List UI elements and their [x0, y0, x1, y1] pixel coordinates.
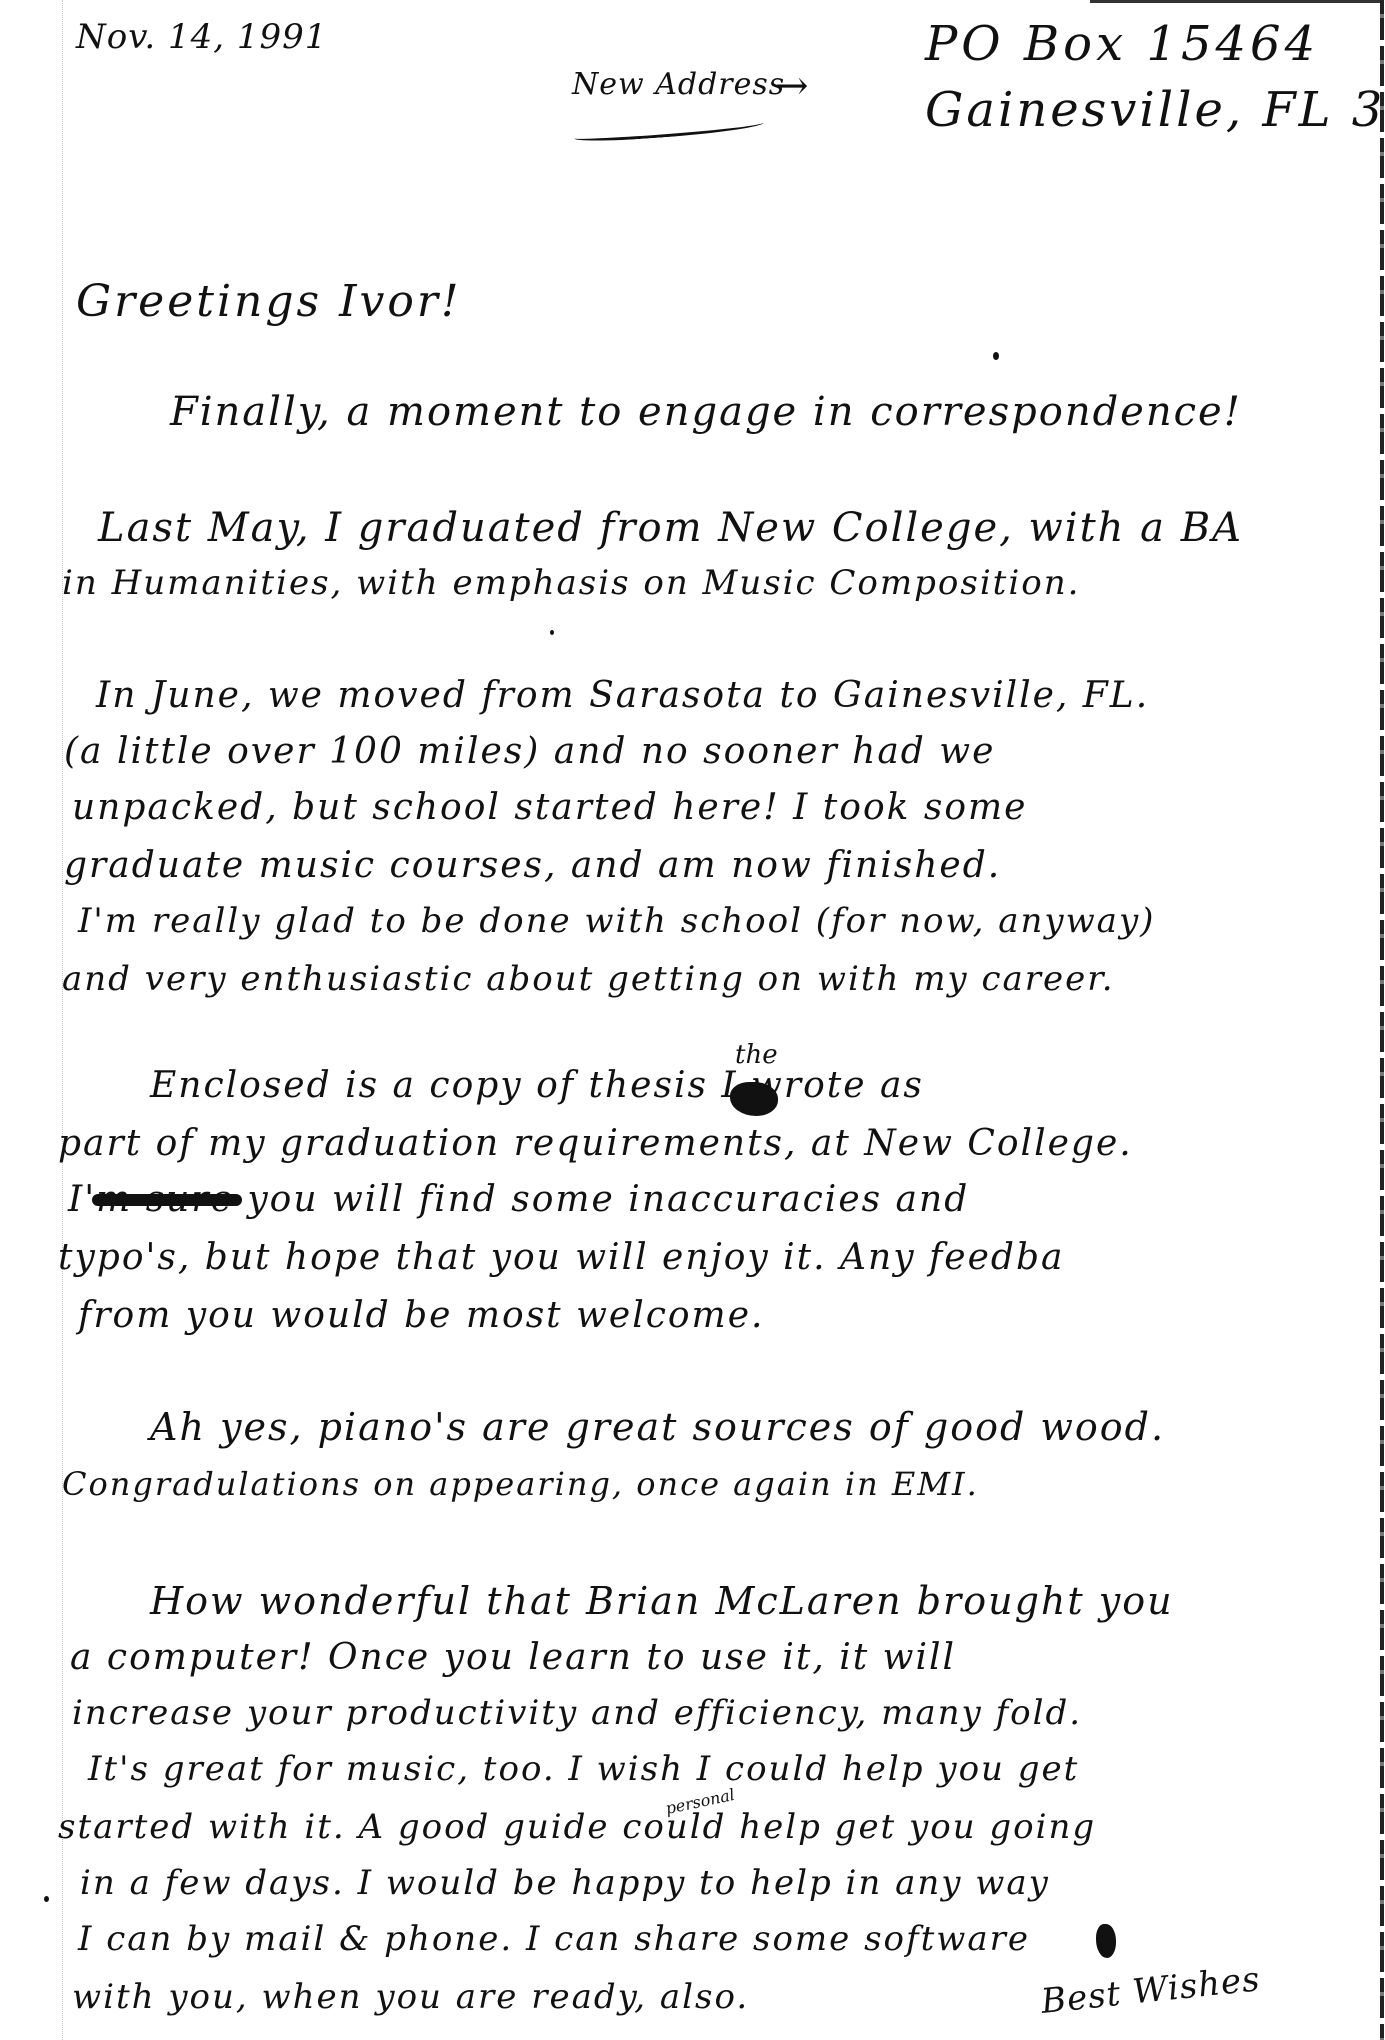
letter-page: Nov. 14, 1991 New Address → PO Box 15464… — [0, 0, 1385, 2040]
body-line: in a few days. I would be happy to help … — [80, 1866, 1050, 1900]
address-line-2: Gainesville, FL 3260 — [925, 86, 1385, 134]
scan-left-edge — [62, 0, 63, 2040]
body-line: graduate music courses, and am now finis… — [64, 848, 1001, 884]
body-line: It's great for music, too. I wish I coul… — [88, 1752, 1079, 1786]
body-line: started with it. A good guide could help… — [58, 1810, 1096, 1844]
body-line: and very enthusiastic about getting on w… — [62, 962, 1115, 996]
letter-date: Nov. 14, 1991 — [76, 20, 327, 54]
body-line: I can by mail & phone. I can share some … — [78, 1922, 1030, 1956]
body-line: (a little over 100 miles) and no sooner … — [64, 734, 995, 770]
body-line: from you would be most welcome. — [78, 1298, 764, 1334]
body-line: Enclosed is a copy of thesis I wrote as — [150, 1068, 924, 1104]
body-line: in Humanities, with emphasis on Music Co… — [62, 566, 1080, 600]
body-line: I'm sure you will find some inaccuracies… — [68, 1182, 969, 1218]
body-line: unpacked, but school started here! I too… — [72, 790, 1027, 826]
body-line: Last May, I graduated from New College, … — [98, 508, 1243, 548]
ink-dot — [44, 1896, 49, 1902]
arrow-right-icon: → — [775, 66, 810, 106]
greeting: Greetings Ivor! — [76, 280, 462, 324]
scan-top-edge — [1090, 0, 1380, 3]
insertion-the: the — [735, 1040, 778, 1070]
body-line: part of my graduation requirements, at N… — [58, 1126, 1133, 1162]
ink-dot — [993, 352, 999, 360]
body-line: How wonderful that Brian McLaren brought… — [150, 1582, 1174, 1620]
body-line: Congradulations on appearing, once again… — [62, 1468, 979, 1500]
crossed-out-word — [1096, 1924, 1116, 1958]
body-line: increase your productivity and efficienc… — [72, 1696, 1082, 1730]
body-line: Ah yes, piano's are great sources of goo… — [150, 1408, 1165, 1446]
body-line: with you, when you are ready, also. — [72, 1980, 749, 2014]
crossed-out-word — [730, 1082, 778, 1116]
address-line-1: PO Box 15464 — [925, 20, 1319, 68]
address-label-underline — [574, 117, 764, 143]
body-line: I'm really glad to be done with school (… — [78, 904, 1155, 938]
body-line: a computer! Once you learn to use it, it… — [70, 1640, 956, 1676]
scan-right-edge — [1380, 0, 1384, 2040]
ink-dot — [550, 630, 554, 635]
closing: Best Wishes — [1039, 1962, 1262, 2019]
body-line: typo's, but hope that you will enjoy it.… — [58, 1240, 1064, 1276]
body-line: Finally, a moment to engage in correspon… — [170, 392, 1242, 432]
new-address-label: New Address — [572, 70, 785, 100]
body-line: In June, we moved from Sarasota to Gaine… — [96, 678, 1149, 714]
